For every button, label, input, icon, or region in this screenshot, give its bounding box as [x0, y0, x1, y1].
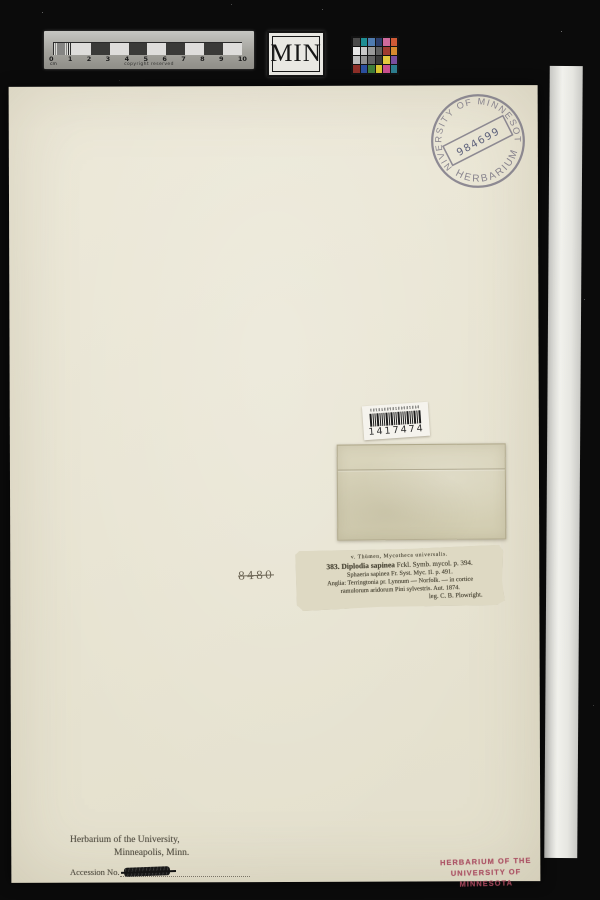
color-patch — [376, 56, 383, 64]
color-patch — [376, 47, 383, 55]
institution-code: MIN — [272, 36, 320, 72]
color-patch — [361, 38, 368, 46]
color-patch — [361, 65, 368, 73]
accession-block: Herbarium of the University, Minneapolis… — [70, 835, 250, 877]
accession-label: Accession No. — [70, 867, 120, 877]
accession-line2: Minneapolis, Minn. — [114, 848, 250, 858]
color-patch — [361, 56, 368, 64]
color-patch — [376, 38, 383, 46]
color-patch — [368, 38, 375, 46]
color-patch — [383, 38, 390, 46]
red-stamp-line2: UNIVERSITY OF MINNESOTA — [428, 865, 545, 890]
color-patch — [368, 47, 375, 55]
color-patch — [376, 65, 383, 73]
specimen-packet — [337, 443, 507, 540]
ruler-copyright: copyright reserved — [44, 62, 254, 67]
color-patch — [391, 65, 398, 73]
dust-speckles — [0, 0, 1, 1]
color-patch — [391, 56, 398, 64]
specimen-label: v. Thümen, Mycotheca universalis. 383. D… — [295, 545, 505, 612]
scale-ruler: 012345678910 cm copyright reserved — [44, 31, 254, 69]
color-patch — [383, 65, 390, 73]
color-patch — [353, 38, 360, 46]
accession-number-row: Accession No. — [70, 866, 250, 877]
specimen-photo: 012345678910 cm copyright reserved MIN U… — [0, 0, 600, 900]
packet-flap-crease — [338, 468, 505, 470]
color-checker-target — [351, 36, 399, 75]
color-patch — [383, 56, 390, 64]
scribbled-accession-number — [123, 866, 169, 877]
accession-line1: Herbarium of the University, — [70, 835, 250, 845]
color-patch — [391, 47, 398, 55]
color-patch — [391, 38, 398, 46]
color-patch — [353, 56, 360, 64]
backing-sheet-edge — [544, 66, 583, 858]
color-patch — [383, 47, 390, 55]
crossed-out-number: 8480 — [238, 568, 274, 582]
ruler-checker-band — [53, 42, 242, 55]
institution-code-card: MIN — [267, 31, 325, 77]
stamp-handwritten-number: 984699 — [455, 126, 502, 159]
color-patch — [368, 65, 375, 73]
ruler-mm-ticks — [53, 43, 72, 55]
color-patch — [368, 56, 375, 64]
color-patch — [353, 65, 360, 73]
color-patch — [353, 47, 360, 55]
accession-dotted-line — [120, 866, 250, 877]
red-herbarium-stamp: HERBARIUM OF THE UNIVERSITY OF MINNESOTA — [428, 854, 545, 890]
color-patch — [361, 47, 368, 55]
barcode-sticker: 1417474 — [362, 402, 430, 441]
